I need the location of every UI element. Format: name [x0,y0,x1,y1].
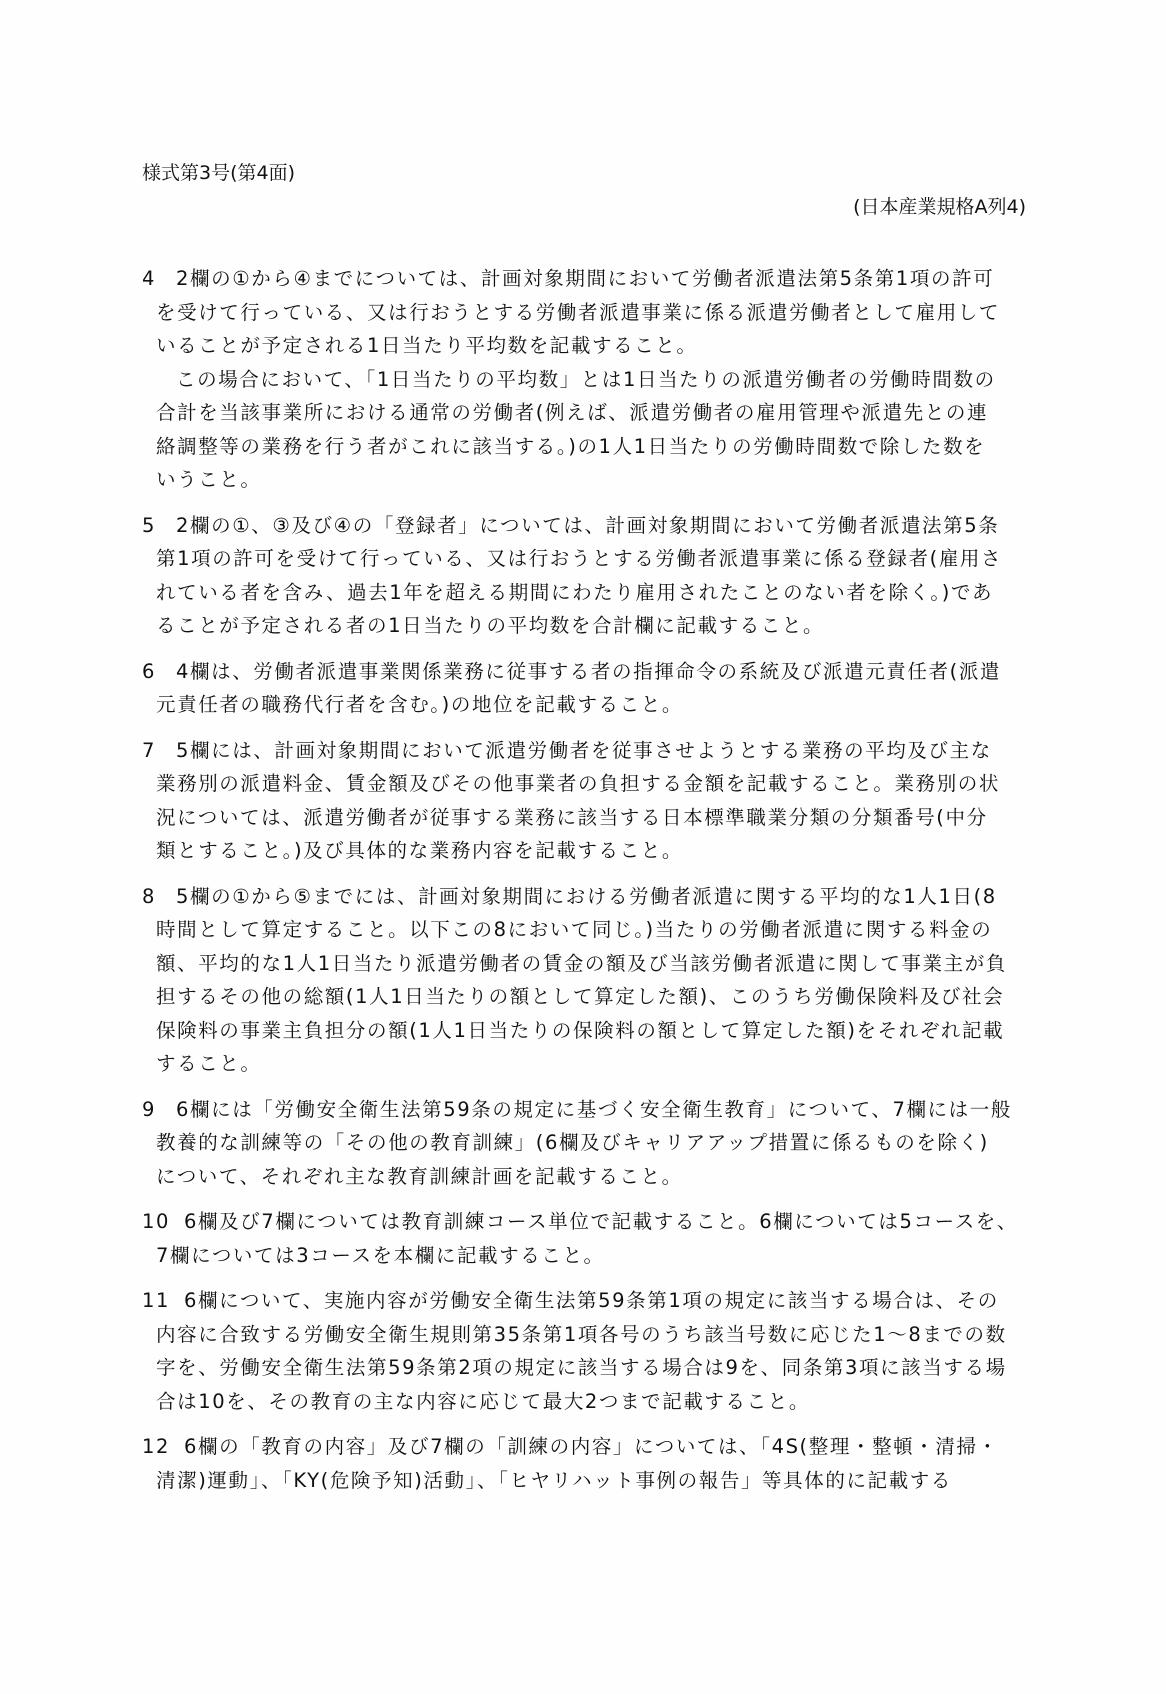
note-text: 字を、労働安全衛生法第59条第2項の規定に該当する場合は9を、同条第3項に該当す… [142,1351,1042,1385]
note-item-8: 85欄の①から⑤までには、計画対象期間における労働者派遣に関する平均的な1人1日… [142,880,1042,1081]
notes-list: 42欄の①から④までについては、計画対象期間において労働者派遣法第5条第1項の許… [142,262,1042,1509]
note-text: 第1項の許可を受けて行っている、又は行おうとする労働者派遣事業に係る登録者(雇用… [142,542,1042,576]
note-text: れている者を含み、過去1年を超える期間にわたり雇用されたことのない者を除く。)で… [142,576,1042,610]
note-text: いうこと。 [142,463,1042,497]
note-number: 8 [142,880,176,914]
note-text: 教養的な訓練等の「その他の教育訓練」(6欄及びキャリアアップ措置に係るものを除く… [142,1126,1042,1160]
note-number: 4 [142,262,176,296]
note-text: 内容に合致する労働安全衛生規則第35条第1項各号のうち該当号数に応じた1〜8まで… [142,1318,1042,1352]
note-text: 保険料の事業主負担分の額(1人1日当たりの保険料の額として算定した額)をそれぞれ… [142,1014,1042,1048]
note-text: 絡調整等の業務を行う者がこれに該当する。)の1人1日当たりの労働時間数で除した数… [142,430,1042,464]
note-text: この場合において、「1日当たりの平均数」とは1日当たりの派遣労働者の労働時間数の [142,363,1042,397]
note-number: 7 [142,734,176,768]
note-text: すること。 [142,1047,1042,1081]
note-text: 5欄の①から⑤までには、計画対象期間における労働者派遣に関する平均的な1人1日(… [176,885,997,908]
note-item-5: 52欄の①、③及び④の「登録者」については、計画対象期間において労働者派遣法第5… [142,509,1042,643]
note-text: 2欄の①から④までについては、計画対象期間において労働者派遣法第5条第1項の許可 [176,267,994,290]
note-text: 担するその他の総額(1人1日当たりの額として算定した額)、このうち労働保険料及び… [142,980,1042,1014]
note-text: について、それぞれ主な教育訓練計画を記載すること。 [142,1160,1042,1194]
document-page: 様式第3号(第4面) (日本産業規格A列4) 42欄の①から④までについては、計… [0,0,1166,1694]
note-item-10: 106欄及び7欄については教育訓練コース単位で記載すること。6欄については5コー… [142,1205,1042,1272]
note-item-7: 75欄には、計画対象期間において派遣労働者を従事させようとする業務の平均及び主な… [142,734,1042,868]
form-number-label: 様式第3号(第4面) [142,158,295,185]
note-text: 6欄には「労働安全衛生法第59条の規定に基づく安全衛生教育」について、7欄には一… [176,1098,1012,1121]
note-text: 業務別の派遣料金、賃金額及びその他事業者の負担する金額を記載すること。業務別の状 [142,767,1042,801]
note-text: 4欄は、労働者派遣事業関係業務に従事する者の指揮命令の系統及び派遣元責任者(派遣 [176,660,1001,683]
note-number: 5 [142,509,176,543]
note-text: 合計を当該事業所における通常の労働者(例えば、派遣労働者の雇用管理や派遣先との連 [142,396,1042,430]
note-item-9: 96欄には「労働安全衛生法第59条の規定に基づく安全衛生教育」について、7欄には… [142,1093,1042,1194]
note-text: 額、平均的な1人1日当たり派遣労働者の賃金の額及び当該労働者派遣に関して事業主が… [142,947,1042,981]
note-text: いることが予定される1日当たり平均数を記載すること。 [142,329,1042,363]
note-number: 11 [142,1284,184,1318]
note-text: 6欄及び7欄については教育訓練コース単位で記載すること。6欄については5コースを… [184,1210,1018,1233]
note-number: 12 [142,1430,184,1464]
note-text: 6欄の「教育の内容」及び7欄の「訓練の内容」については、「4S(整理・整頓・清掃… [184,1435,999,1458]
note-number: 9 [142,1093,176,1127]
note-item-6: 64欄は、労働者派遣事業関係業務に従事する者の指揮命令の系統及び派遣元責任者(派… [142,655,1042,722]
note-text: 類とすること。)及び具体的な業務内容を記載すること。 [142,834,1042,868]
note-number: 10 [142,1205,184,1239]
note-text: ることが予定される者の1日当たりの平均数を合計欄に記載すること。 [142,609,1042,643]
note-text: 2欄の①、③及び④の「登録者」については、計画対象期間において労働者派遣法第5条 [176,514,999,537]
note-item-11: 116欄について、実施内容が労働安全衛生法第59条第1項の規定に該当する場合は、… [142,1284,1042,1418]
note-text: 清潔)運動」、「KY(危険予知)活動」、「ヒヤリハット事例の報告」等具体的に記載… [142,1464,1042,1498]
note-text: 元責任者の職務代行者を含む。)の地位を記載すること。 [142,688,1042,722]
note-text: を受けて行っている、又は行おうとする労働者派遣事業に係る派遣労働者として雇用して [142,296,1042,330]
note-item-4: 42欄の①から④までについては、計画対象期間において労働者派遣法第5条第1項の許… [142,262,1042,497]
note-text: 合は10を、その教育の主な内容に応じて最大2つまで記載すること。 [142,1385,1042,1419]
note-text: 6欄について、実施内容が労働安全衛生法第59条第1項の規定に該当する場合は、その [184,1289,999,1312]
note-text: 況については、派遣労働者が従事する業務に該当する日本標準職業分類の分類番号(中分 [142,801,1042,835]
note-item-12: 126欄の「教育の内容」及び7欄の「訓練の内容」については、「4S(整理・整頓・… [142,1430,1042,1497]
note-text: 時間として算定すること。以下この8において同じ。)当たりの労働者派遣に関する料金… [142,913,1042,947]
note-text: 7欄については3コースを本欄に記載すること。 [142,1239,1042,1273]
paper-size-label: (日本産業規格A列4) [853,192,1026,219]
note-number: 6 [142,655,176,689]
note-text: 5欄には、計画対象期間において派遣労働者を従事させようとする業務の平均及び主な [176,739,992,762]
